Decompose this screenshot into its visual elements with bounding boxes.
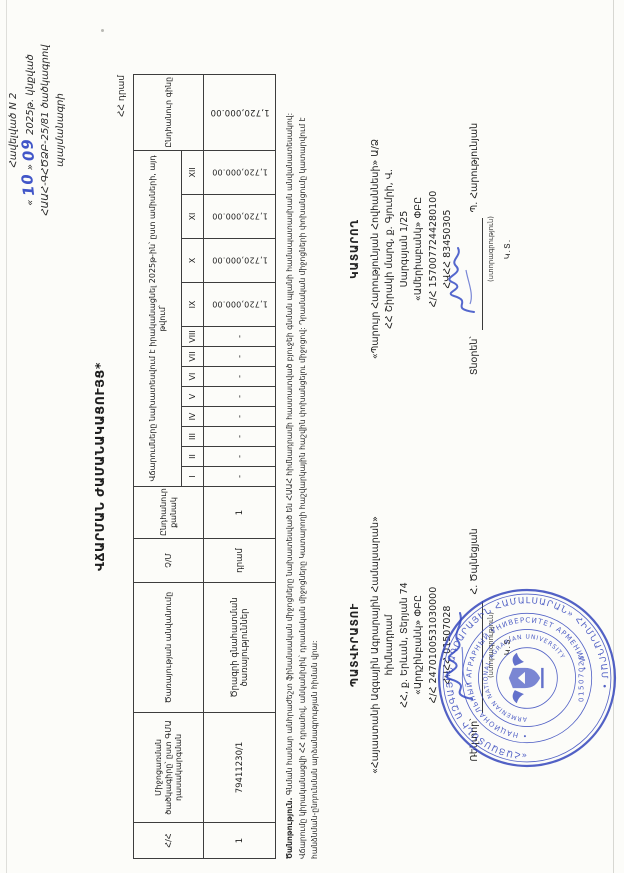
contractor-name: «Պարույր Հարությունյան Հովհաննեսի» Ա/Ձ [369, 53, 384, 445]
month-header: II [182, 447, 204, 467]
contractor-block: ԿԱՏԱՐՈՂ «Պարույր Հարությունյան Հովհաննես… [348, 53, 516, 445]
month-value: - [204, 407, 276, 427]
row-quantity: 1 [204, 487, 276, 539]
contractor-role-header: ԿԱՏԱՐՈՂ [348, 53, 363, 445]
contractor-account: Հ/Հ 1570077244280100 [427, 53, 442, 445]
currency-note: ՀՀ դրամ [117, 75, 127, 117]
footnote-label: Ծանոթություն. [285, 798, 294, 860]
month-header: VIII [182, 327, 204, 347]
contractor-seal-mark: Կ.Տ. [501, 53, 516, 445]
month-value: 1,720,000.00 [204, 195, 276, 239]
col-header-total: Ընդհանուր գինը [134, 74, 204, 150]
month-value: 1,720,000.00 [204, 239, 276, 283]
appendix-line-1: Հավելված N 2 [6, 8, 21, 252]
customer-signer-name: Հ. Ծպնեցյան [468, 528, 483, 594]
customer-address: ՀՀ, ք. Երևան, Տերյան 74 [398, 455, 413, 835]
month-header: IX [182, 283, 204, 327]
appendix-year-text: 2025թ. կնքված [25, 54, 36, 135]
month-value: - [204, 427, 276, 447]
contractor-address-2: Սարգսյան 1/25 [398, 53, 413, 445]
contractor-signer-title: Տնօրեն՝ [468, 336, 483, 375]
col-header-service: Ծառայության անվանումը [134, 583, 204, 713]
month-amount: 1,720,000.00 [212, 168, 268, 177]
university-round-seal: «ՀԱՅԱՍՏԱՆԻ ԱԶԳԱՅԻՆ ԱԳՐԱՐԱՅԻՆ ՀԱՄԱԼՍԱՐԱՆ»… [436, 587, 618, 769]
total-amount: 1,720,000.00 [210, 107, 269, 117]
month-value: - [204, 347, 276, 367]
appendix-header: Հավելված N 2 « 10 » 09 2025թ. կնքված ՀԱԱ… [6, 8, 68, 252]
month-value: 1,720,000.00 [204, 150, 276, 194]
contractor-tin: ՀՎՀՀ 83450305 [441, 53, 456, 445]
appendix-line-2: « 10 » 09 2025թ. կնքված [21, 8, 38, 252]
month-value: - [204, 467, 276, 487]
col-header-quantity: Ընդհանուր քանակ [134, 487, 204, 539]
handwritten-day: 10 [20, 173, 37, 197]
month-amount: 1,720,000.00 [212, 212, 268, 221]
month-header: VII [182, 347, 204, 367]
customer-role-header: ՊԱՏՎԻՐԱՏՈՒ [348, 455, 363, 835]
close-quote: » [25, 164, 36, 170]
col-header-code: Միջոցառման ծածկագիրը՝ ըստ ԳՄԱ դասակարգմա… [134, 713, 204, 823]
appendix-line-3: ՀԱԱՀ-ԳՀԾՁԲ-25/81 ծածկագրով պայմանագրի [38, 8, 68, 252]
open-quote: « [25, 200, 36, 206]
month-header: XII [182, 150, 204, 194]
coat-of-arms [509, 653, 544, 704]
contractor-signer-name: Պ. Հարությունյան [468, 123, 483, 213]
col-header-months-group: Վճարումները նախատեսվում է իրականացնել 20… [134, 150, 182, 486]
row-unit: դրամ [204, 539, 276, 583]
month-header: VI [182, 367, 204, 387]
col-header-index: Հ/Հ [134, 823, 204, 859]
contractor-bank: «Ամերիաբանկ» ՓԲԸ [412, 53, 427, 445]
month-amount: 1,720,000.00 [212, 300, 268, 309]
col-header-unit: Չ/Մ [134, 539, 204, 583]
handwritten-month: 09 [20, 137, 37, 161]
month-header: I [182, 467, 204, 487]
month-amount: 1,720,000.00 [212, 256, 268, 265]
contractor-address: ՀՀ Շիրակի մարզ, ք. Գյումրի, Վ. [383, 53, 398, 445]
month-value: 1,720,000.00 [204, 283, 276, 327]
month-header: III [182, 427, 204, 447]
contractor-signature-row: Տնօրեն՝ Պ. Հարությունյան [468, 53, 483, 445]
rotated-sheet: Հավելված N 2 « 10 » 09 2025թ. կնքված ՀԱԱ… [0, 0, 624, 873]
row-total: 1,720,000.00 [204, 74, 276, 150]
row-code: 79411230/1 [204, 713, 276, 823]
seal-number: 01507028 [577, 654, 586, 702]
row-service: Ծրագրի գնահատման ծառայություններ [204, 583, 276, 713]
month-value: - [204, 367, 276, 387]
customer-bank: «Արդշինբանկ» ՓԲԸ [412, 455, 427, 835]
contractor-signature-line [468, 218, 483, 330]
month-value: - [204, 387, 276, 407]
scanned-document-page: Հավելված N 2 « 10 » 09 2025թ. կնքված ՀԱԱ… [0, 0, 624, 873]
month-header: V [182, 387, 204, 407]
contractor-signature-caption: (ստորագրություն) [484, 53, 499, 445]
footnote: Ծանոթություն. Գնման համար անհրաժեշտ ֆինա… [284, 75, 322, 859]
customer-name: «Հայաստանի Ազգային Ագրարային Համալսարան» [369, 455, 384, 835]
row-index: 1 [204, 823, 276, 859]
month-header: X [182, 239, 204, 283]
footnote-text: Գնման համար անհրաժեշտ ֆինանսական միջոցնե… [285, 113, 319, 859]
month-header: XI [182, 195, 204, 239]
month-value: - [204, 327, 276, 347]
payment-schedule-table: Հ/Հ Միջոցառման ծածկագիրը՝ ըստ ԳՄԱ դասակա… [133, 74, 276, 859]
month-value: - [204, 447, 276, 467]
customer-name-2: հիմնադրամ [383, 455, 398, 835]
month-header: IV [182, 407, 204, 427]
document-title: ՎՃԱՐՄԱՆ ԺԱՄԱՆԱԿԱՑՈՒՅՑ* [92, 60, 107, 873]
